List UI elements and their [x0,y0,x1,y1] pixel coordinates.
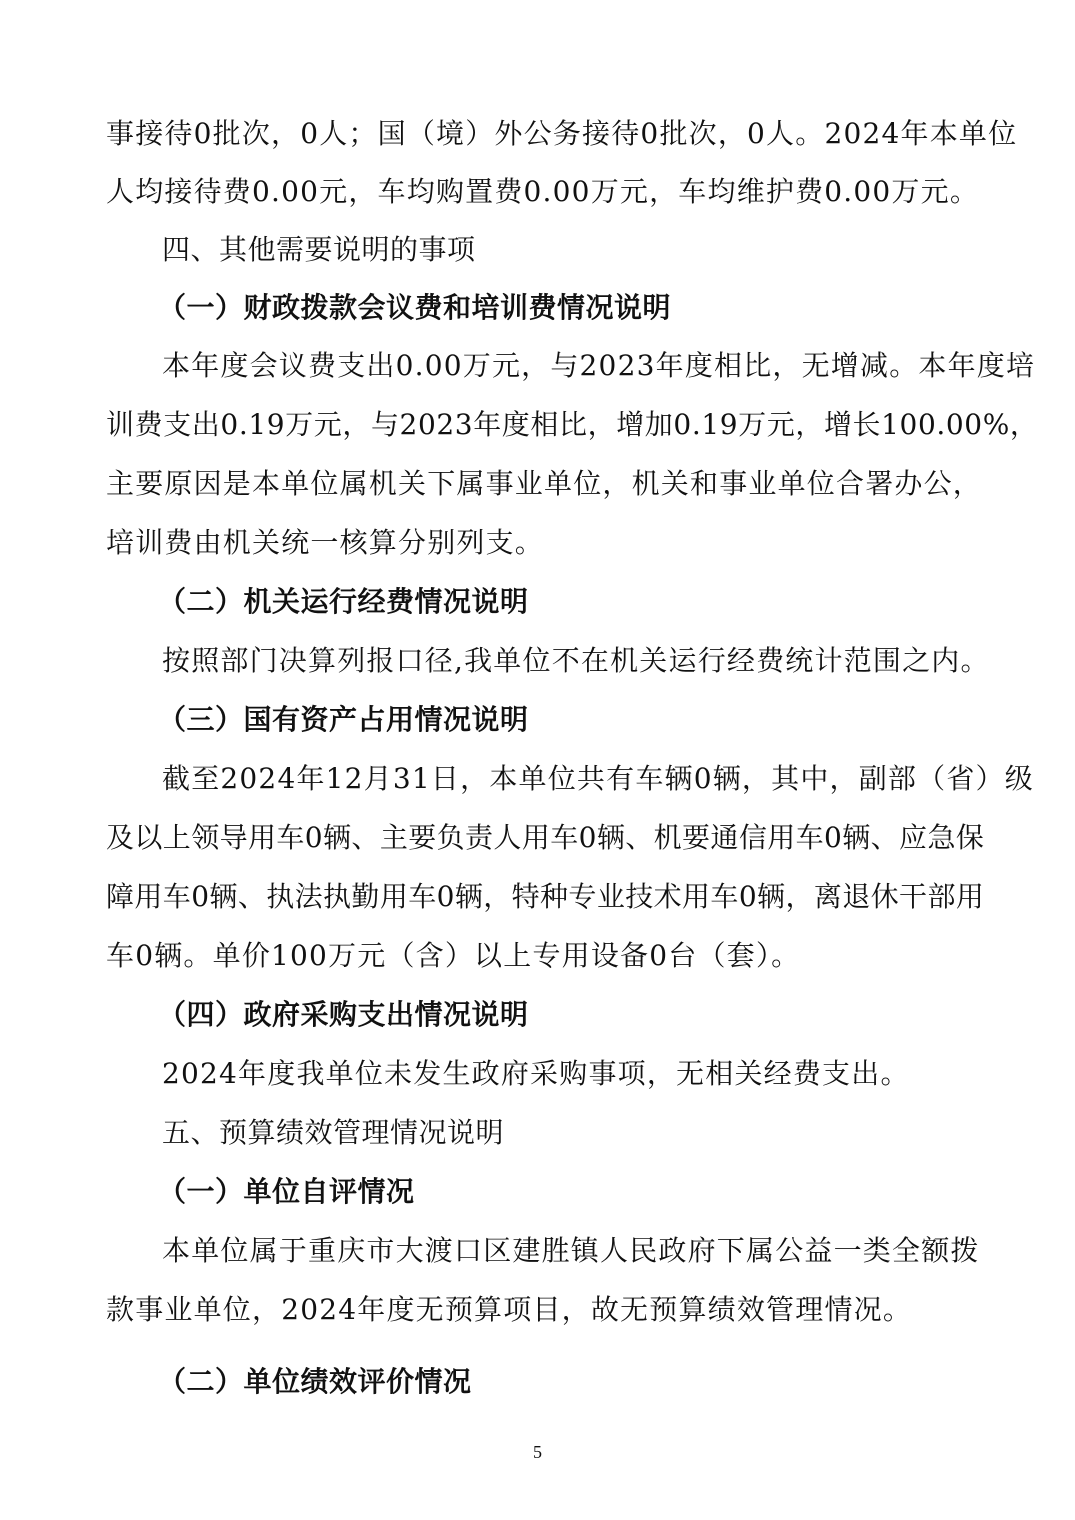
body-text-line: 训费支出0.19万元，与2023年度相比，增加0.19万元，增长100.00%， [106,405,976,445]
body-text-line: 人均接待费0.00元，车均购置费0.00万元，车均维护费0.00万元。 [106,172,976,212]
body-text-line: 款事业单位，2024年度无预算项目，故无预算绩效管理情况。 [106,1290,976,1330]
body-text-line: 主要原因是本单位属机关下属事业单位，机关和事业单位合署办公， [106,464,976,504]
body-text-line: 事接待0批次，0人；国（境）外公务接待0批次，0人。2024年本单位 [106,114,976,154]
subsection-heading: （一）单位自评情况 [158,1172,972,1212]
page-number: 5 [0,1442,1075,1463]
body-text-line: 2024年度我单位未发生政府采购事项，无相关经费支出。 [162,1054,976,1094]
body-text-line: 培训费由机关统一核算分别列支。 [106,523,976,563]
body-text-line: 截至2024年12月31日，本单位共有车辆0辆，其中，副部（省）级 [162,759,976,799]
subsection-heading: （一）财政拨款会议费和培训费情况说明 [158,288,972,328]
section-heading: 四、其他需要说明的事项 [162,230,976,270]
body-text-line: 本年度会议费支出0.00万元，与2023年度相比，无增减。本年度培 [162,346,976,386]
subsection-heading: （四）政府采购支出情况说明 [158,995,972,1035]
body-text-line: 障用车0辆、执法执勤用车0辆，特种专业技术用车0辆，离退休干部用 [106,877,976,917]
body-text-line: 按照部门决算列报口径,我单位不在机关运行经费统计范围之内。 [162,641,976,681]
body-text-line: 车0辆。单价100万元（含）以上专用设备0台（套）。 [106,936,976,976]
section-heading: 五、预算绩效管理情况说明 [162,1113,976,1153]
subsection-heading: （三）国有资产占用情况说明 [158,700,972,740]
subsection-heading: （二）单位绩效评价情况 [158,1362,972,1402]
body-text-line: 本单位属于重庆市大渡口区建胜镇人民政府下属公益一类全额拨 [162,1231,976,1271]
subsection-heading: （二）机关运行经费情况说明 [158,582,972,622]
body-text-line: 及以上领导用车0辆、主要负责人用车0辆、机要通信用车0辆、应急保 [106,818,976,858]
document-page: 事接待0批次，0人；国（境）外公务接待0批次，0人。2024年本单位 人均接待费… [0,0,1075,1520]
